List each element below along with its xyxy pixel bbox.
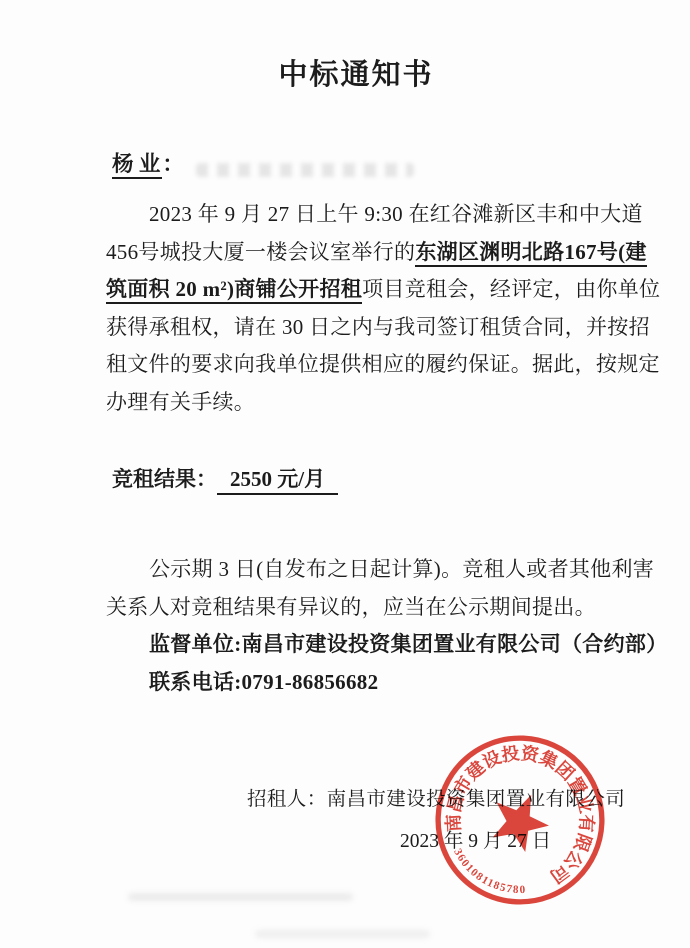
body-line: 456号城投大厦一楼会议室举行的东湖区渊明北路167号(建	[106, 234, 610, 272]
scan-smudge	[128, 893, 353, 901]
project-name-underlined: 东湖区渊明北路167号(建	[415, 240, 646, 267]
supervisor-line: 监督单位:南昌市建设投资集团置业有限公司（合约部）	[106, 626, 622, 664]
bid-result-label: 竞租结果：	[112, 467, 217, 491]
body-line: 2023 年 9 月 27 日上午 9:30 在红谷滩新区丰和中大道	[106, 196, 610, 234]
body-text: 关系人对竞租结果有异议的，应当在公示期间提出。	[106, 595, 596, 619]
document-page: 中标通知书 杨 业： 2023 年 9 月 27 日上午 9:30 在红谷滩新区…	[0, 0, 690, 948]
contact-phone-line: 联系电话:0791-86856682	[106, 664, 622, 702]
bid-result-value: 2550 元/月	[217, 467, 338, 495]
scan-smudge	[255, 930, 430, 938]
body-text: 2023 年 9 月 27 日上午 9:30 在红谷滩新区丰和中大道	[149, 202, 643, 226]
erased-text-smudge	[196, 163, 414, 177]
body-text: 项目竞租会，经评定，由你单位	[362, 277, 660, 301]
body-line: 租文件的要求向我单位提供相应的履约保证。据此，按规定	[106, 346, 610, 384]
seal-ring	[415, 731, 625, 909]
body-text: 456号城投大厦一楼会议室举行的	[106, 240, 415, 264]
body-line: 关系人对竞租结果有异议的，应当在公示期间提出。	[106, 589, 622, 627]
supervisor-text: 监督单位:南昌市建设投资集团置业有限公司（合约部）	[149, 632, 668, 656]
company-seal: 南昌市建设投资集团置业有限公司 3601081185780	[415, 731, 625, 909]
recipient-name: 杨 业	[112, 152, 162, 179]
body-line: 筑面积 20 m²)商铺公开招租项目竞租会，经评定，由你单位	[106, 271, 610, 309]
bid-result-line: 竞租结果：2550 元/月	[112, 464, 338, 495]
body-text: 公示期 3 日(自发布之日起计算)。竞租人或者其他利害	[149, 557, 654, 581]
body-line: 办理有关手续。	[106, 384, 610, 422]
body-text: 获得承租权，请在 30 日之内与我司签订租赁合同，并按招	[106, 315, 650, 339]
publicity-paragraph: 公示期 3 日(自发布之日起计算)。竞租人或者其他利害 关系人对竞租结果有异议的…	[106, 551, 622, 701]
contact-phone-text: 联系电话:0791-86856682	[149, 670, 378, 694]
notice-title: 中标通知书	[22, 56, 690, 94]
recipient-colon: ：	[162, 152, 184, 176]
main-paragraph: 2023 年 9 月 27 日上午 9:30 在红谷滩新区丰和中大道 456号城…	[106, 196, 610, 421]
signature-date-line: 2023 年 9 月 27 日	[400, 828, 551, 856]
body-text: 办理有关手续。	[106, 390, 255, 414]
body-line: 公示期 3 日(自发布之日起计算)。竞租人或者其他利害	[106, 551, 622, 589]
recipient-salutation: 杨 业：	[112, 150, 184, 179]
project-name-underlined: 筑面积 20 m²)商铺公开招租	[106, 277, 362, 304]
body-text: 租文件的要求向我单位提供相应的履约保证。据此，按规定	[106, 352, 660, 376]
body-line: 获得承租权，请在 30 日之内与我司签订租赁合同，并按招	[106, 309, 610, 347]
leaser-signature-line: 招租人：南昌市建设投资集团置业有限公司	[247, 786, 625, 814]
